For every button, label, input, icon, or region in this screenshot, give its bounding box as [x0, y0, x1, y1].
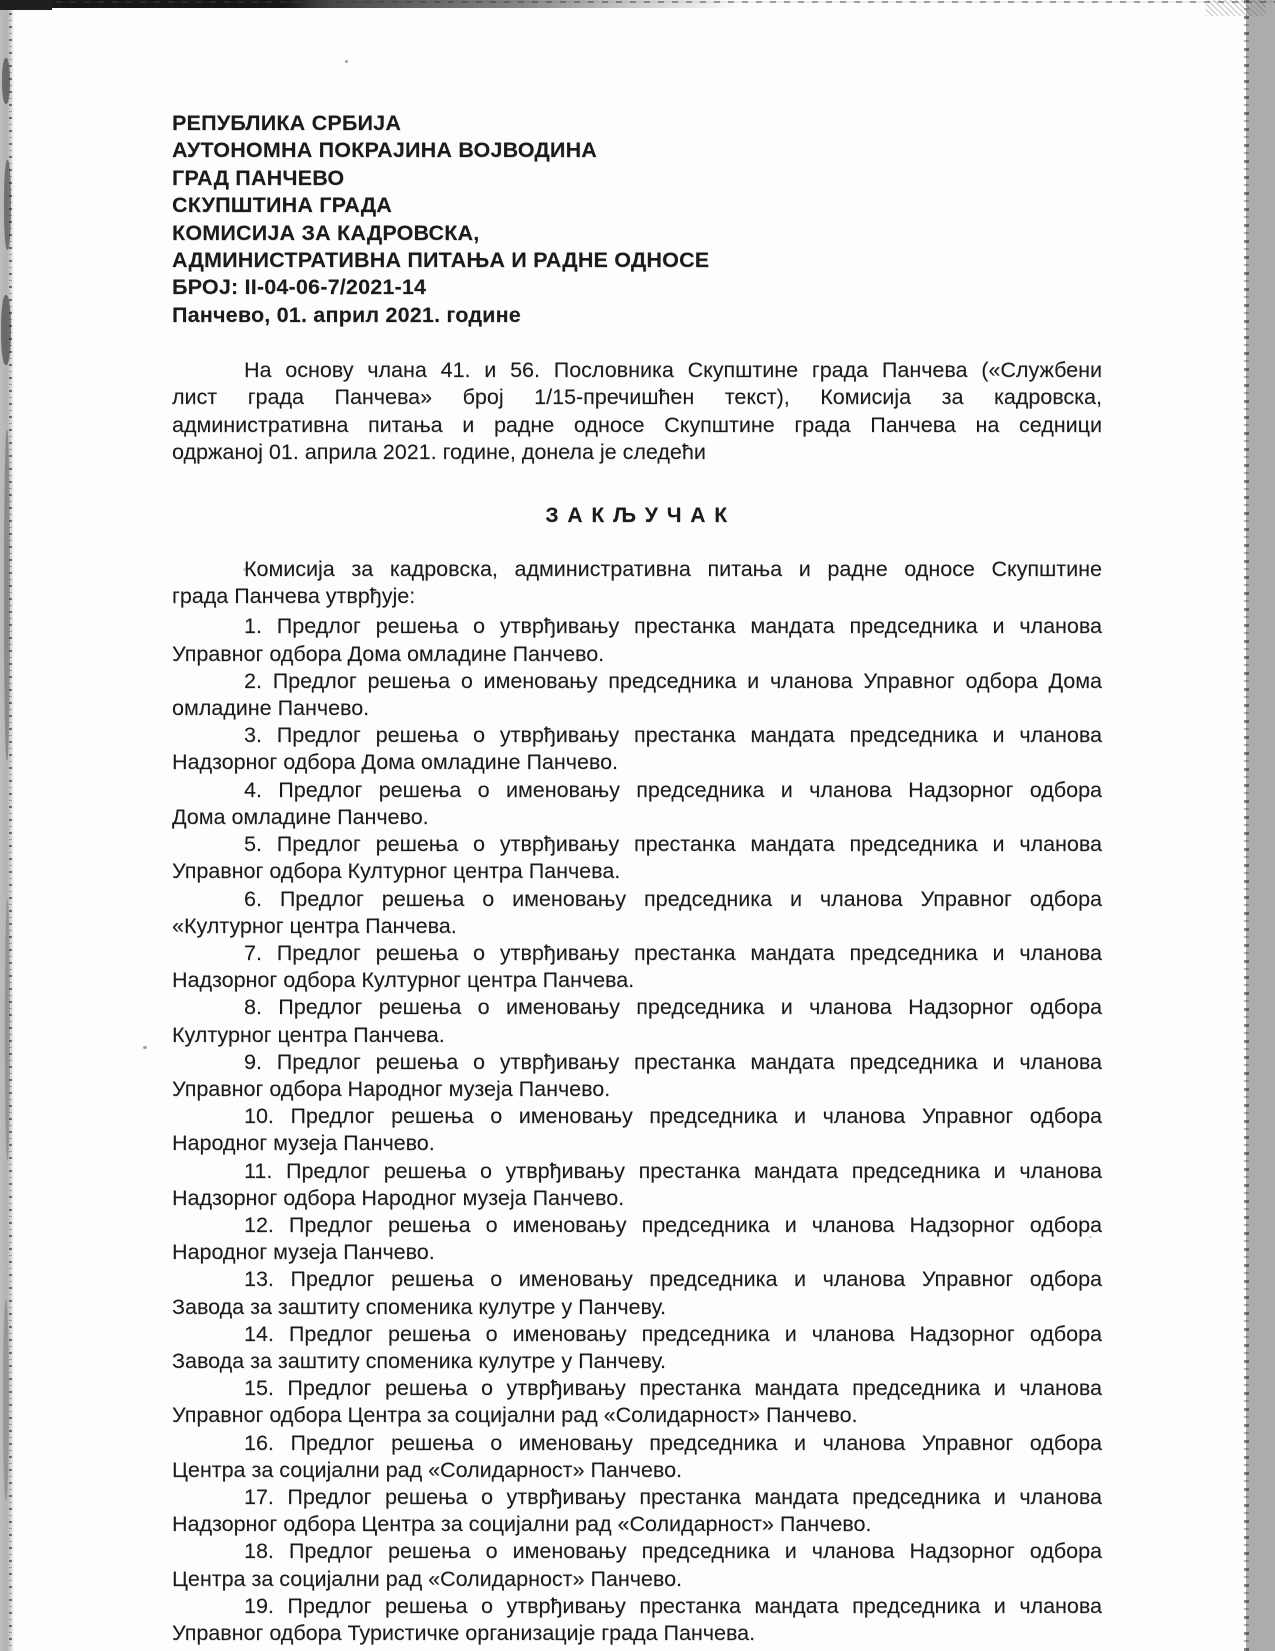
letterhead-line: АУТОНОМНА ПОКРАЈИНА ВОЈВОДИНА	[172, 137, 1102, 164]
document-line: 4. Предлог решења о именовању председник…	[172, 777, 1102, 804]
document-line: 14. Предлог решења о именовању председни…	[172, 1321, 1102, 1348]
document-line: административна питања и радне односе Ск…	[172, 412, 1102, 439]
resolution-item: 15. Предлог решења о утврђивању престанк…	[172, 1375, 1102, 1429]
intro-paragraph: На основу члана 41. и 56. Пословника Ску…	[172, 357, 1102, 466]
scan-speck	[143, 1046, 147, 1049]
document-line: Управног одбора Народног музеја Панчево.	[172, 1076, 1102, 1103]
resolution-item: 12. Предлог решења о именовању председни…	[172, 1212, 1102, 1266]
document-line: Управног одбора Центра за социјални рад …	[172, 1402, 1102, 1429]
document-line: Управног одбора Туристичке организације …	[172, 1620, 1102, 1647]
resolution-item: 18. Предлог решења о именовању председни…	[172, 1538, 1102, 1592]
document-line: одржаној 01. априла 2021. године, донела…	[172, 439, 1102, 466]
document-line: Центра за социјални рад «Солидарност» Па…	[172, 1457, 1102, 1484]
scan-artifact-blot	[5, 900, 10, 1160]
scanned-document-page: РЕПУБЛИКА СРБИЈА АУТОНОМНА ПОКРАЈИНА ВОЈ…	[0, 0, 1275, 1651]
resolution-item: 3. Предлог решења о утврђивању престанка…	[172, 722, 1102, 776]
document-line: Дома омладине Панчево.	[172, 804, 1102, 831]
document-date-place: Панчево, 01. април 2021. године	[172, 302, 1102, 329]
scan-artifact-blot	[1, 295, 11, 365]
document-line: омладине Панчево.	[172, 695, 1102, 722]
document-line: Завода за заштиту споменика кулутре у Па…	[172, 1294, 1102, 1321]
document-line: 17. Предлог решења о утврђивању престанк…	[172, 1484, 1102, 1511]
document-line: 15. Предлог решења о утврђивању престанк…	[172, 1375, 1102, 1402]
document-line: Надзорног одбора Центра за социјални рад…	[172, 1511, 1102, 1538]
letterhead-line: СКУПШТИНА ГРАДА	[172, 192, 1102, 219]
document-line: Народног музеја Панчево.	[172, 1239, 1102, 1266]
resolution-item: 8. Предлог решења о именовању председник…	[172, 994, 1102, 1048]
document-line: 13. Предлог решења о именовању председни…	[172, 1266, 1102, 1293]
document-line: 18. Предлог решења о именовању председни…	[172, 1538, 1102, 1565]
document-line: 9. Предлог решења о утврђивању престанка…	[172, 1049, 1102, 1076]
document-number: БРОЈ: II-04-06-7/2021-14	[172, 274, 1102, 301]
resolution-item: 19. Предлог решења о утврђивању престанк…	[172, 1593, 1102, 1647]
scan-artifact-blot	[4, 160, 11, 250]
document-line: 1. Предлог решења о утврђивању престанка…	[172, 613, 1102, 640]
document-line: 3. Предлог решења о утврђивању престанка…	[172, 722, 1102, 749]
resolution-item: 17. Предлог решења о утврђивању престанк…	[172, 1484, 1102, 1538]
scan-artifact-blot	[2, 58, 10, 104]
scan-artifact-top-edge	[0, 0, 1275, 8]
document-line: Завода за заштиту споменика кулутре у Па…	[172, 1348, 1102, 1375]
resolution-item: 10. Предлог решења о именовању председни…	[172, 1103, 1102, 1157]
document-line: 7. Предлог решења о утврђивању престанка…	[172, 940, 1102, 967]
document-line: 5. Предлог решења о утврђивању престанка…	[172, 831, 1102, 858]
letterhead-line: КОМИСИЈА ЗА КАДРОВСКА,	[172, 220, 1102, 247]
document-line: Комисија за кадровска, административна п…	[172, 556, 1102, 583]
document-line: Управног одбора Културног центра Панчева…	[172, 858, 1102, 885]
document-line: На основу члана 41. и 56. Пословника Ску…	[172, 357, 1102, 384]
document-line: Надзорног одбора Дома омладине Панчево.	[172, 749, 1102, 776]
document-line: 10. Предлог решења о именовању председни…	[172, 1103, 1102, 1130]
resolution-item: 13. Предлог решења о именовању председни…	[172, 1266, 1102, 1320]
document-line: 2. Предлог решења о именовању председник…	[172, 668, 1102, 695]
document-line: Управног одбора Дома омладине Панчево.	[172, 641, 1102, 668]
scan-artifact-blot	[4, 430, 10, 760]
lead-paragraph: Комисија за кадровска, административна п…	[172, 556, 1102, 610]
document-line: 12. Предлог решења о именовању председни…	[172, 1212, 1102, 1239]
resolution-item: 9. Предлог решења о утврђивању престанка…	[172, 1049, 1102, 1103]
document-line: 19. Предлог решења о утврђивању престанк…	[172, 1593, 1102, 1620]
letterhead-line: РЕПУБЛИКА СРБИЈА	[172, 110, 1102, 137]
scan-artifact-right-edge	[1246, 0, 1275, 1651]
resolution-item: 14. Предлог решења о именовању председни…	[172, 1321, 1102, 1375]
document-letterhead: РЕПУБЛИКА СРБИЈА АУТОНОМНА ПОКРАЈИНА ВОЈ…	[172, 110, 1102, 329]
document-line: лист града Панчева» број 1/15-пречишћен …	[172, 384, 1102, 411]
resolution-item: 4. Предлог решења о именовању председник…	[172, 777, 1102, 831]
document-line: 6. Предлог решења о именовању председник…	[172, 886, 1102, 913]
document-line: 16. Предлог решења о именовању председни…	[172, 1430, 1102, 1457]
resolution-list: 1. Предлог решења о утврђивању престанка…	[172, 613, 1102, 1647]
document-line: 11. Предлог решења о утврђивању престанк…	[172, 1158, 1102, 1185]
document-line: Центра за социјални рад «Солидарност» Па…	[172, 1566, 1102, 1593]
document-line: града Панчева утврђује:	[172, 583, 1102, 610]
letterhead-line: ГРАД ПАНЧЕВО	[172, 165, 1102, 192]
scan-speck	[1086, 792, 1088, 794]
resolution-item: 16. Предлог решења о именовању председни…	[172, 1430, 1102, 1484]
scan-artifact-blot	[0, 0, 52, 10]
resolution-item: 6. Предлог решења о именовању председник…	[172, 886, 1102, 940]
scan-speck	[243, 568, 246, 571]
document-line: Народног музеја Панчево.	[172, 1130, 1102, 1157]
resolution-item: 2. Предлог решења о именовању председник…	[172, 668, 1102, 722]
document-line: Надзорног одбора Културног центра Панчев…	[172, 967, 1102, 994]
resolution-item: 7. Предлог решења о утврђивању престанка…	[172, 940, 1102, 994]
document-line: 8. Предлог решења о именовању председник…	[172, 994, 1102, 1021]
resolution-item: 1. Предлог решења о утврђивању престанка…	[172, 613, 1102, 667]
letterhead-line: АДМИНИСТРАТИВНА ПИТАЊА И РАДНЕ ОДНОСЕ	[172, 247, 1102, 274]
resolution-item: 5. Предлог решења о утврђивању престанка…	[172, 831, 1102, 885]
scan-speck	[345, 60, 348, 63]
scan-artifact-blot	[3, 1300, 9, 1500]
document-line: Надзорног одбора Народног музеја Панчево…	[172, 1185, 1102, 1212]
document-body: РЕПУБЛИКА СРБИЈА АУТОНОМНА ПОКРАЈИНА ВОЈ…	[172, 110, 1102, 1647]
document-line: «Културног центра Панчева.	[172, 913, 1102, 940]
conclusion-title: З А К Љ У Ч А К	[172, 502, 1102, 529]
resolution-item: 11. Предлог решења о утврђивању престанк…	[172, 1158, 1102, 1212]
document-line: Културног центра Панчева.	[172, 1022, 1102, 1049]
scan-speck	[1089, 1236, 1092, 1238]
